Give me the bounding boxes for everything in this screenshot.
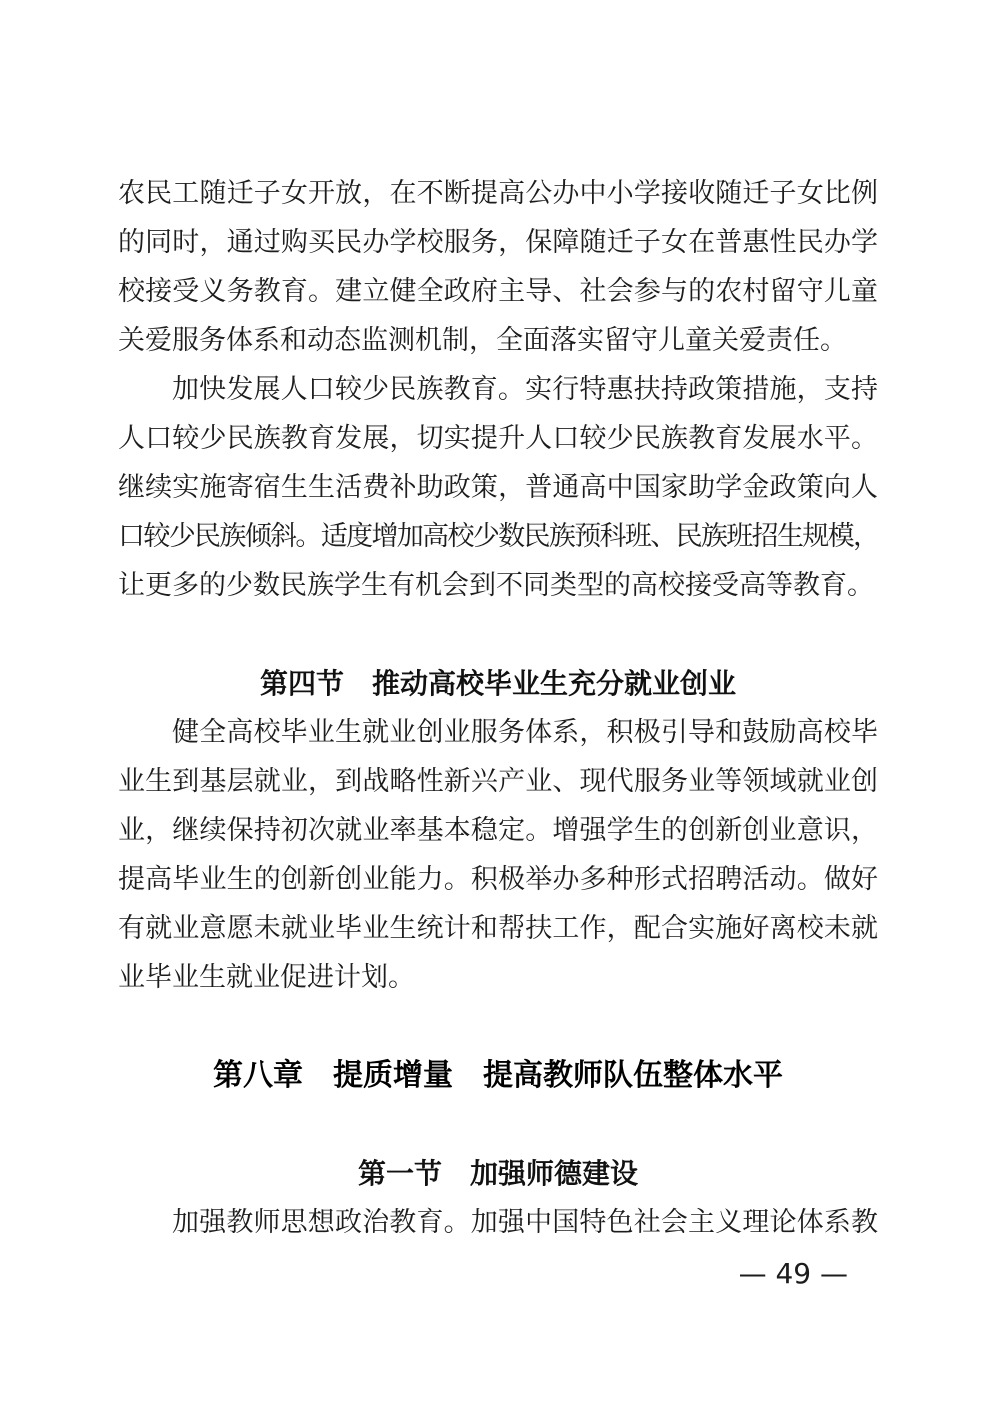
text-line: 农民工随迁子女开放，在不断提高公办中小学接收随迁子女比例 <box>118 169 878 218</box>
text-line: 口较少民族倾斜。适度增加高校少数民族预科班、民族班招生规模， <box>118 512 878 561</box>
text-line: 健全高校毕业生就业创业服务体系，积极引导和鼓励高校毕 <box>118 708 878 757</box>
text-line: 的同时，通过购买民办学校服务，保障随迁子女在普惠性民办学 <box>118 218 878 267</box>
text-line: 关爱服务体系和动态监测机制，全面落实留守儿童关爱责任。 <box>118 316 878 365</box>
text-line: 提高毕业生的创新创业能力。积极举办多种形式招聘活动。做好 <box>118 855 878 904</box>
text-line: 业毕业生就业促进计划。 <box>118 953 878 1002</box>
chapter-heading-8: 第八章 提质增量 提高教师队伍整体水平 <box>118 1051 878 1100</box>
paragraph-teacher-ethics: 加强教师思想政治教育。加强中国特色社会主义理论体系教 <box>118 1198 878 1247</box>
blank-line <box>118 1100 878 1149</box>
section-heading-4: 第四节 推动高校毕业生充分就业创业 <box>118 659 878 708</box>
paragraph-migrant-children: 农民工随迁子女开放，在不断提高公办中小学接收随迁子女比例 的同时，通过购买民办学… <box>118 169 878 365</box>
blank-line <box>118 610 878 659</box>
text-column: 农民工随迁子女开放，在不断提高公办中小学接收随迁子女比例 的同时，通过购买民办学… <box>118 169 878 1247</box>
text-line: 有就业意愿未就业毕业生统计和帮扶工作，配合实施好离校未就 <box>118 904 878 953</box>
text-line: 业，继续保持初次就业率基本稳定。增强学生的创新创业意识， <box>118 806 878 855</box>
text-line: 让更多的少数民族学生有机会到不同类型的高校接受高等教育。 <box>118 561 878 610</box>
text-line: 加强教师思想政治教育。加强中国特色社会主义理论体系教 <box>118 1198 878 1247</box>
text-line: 校接受义务教育。建立健全政府主导、社会参与的农村留守儿童 <box>118 267 878 316</box>
paragraph-minority-education: 加快发展人口较少民族教育。实行特惠扶持政策措施，支持 人口较少民族教育发展，切实… <box>118 365 878 610</box>
document-page: 农民工随迁子女开放，在不断提高公办中小学接收随迁子女比例 的同时，通过购买民办学… <box>0 0 993 1404</box>
text-line: 业生到基层就业，到战略性新兴产业、现代服务业等领域就业创 <box>118 757 878 806</box>
text-line: 加快发展人口较少民族教育。实行特惠扶持政策措施，支持 <box>118 365 878 414</box>
page-number: — 49 — <box>739 1254 848 1294</box>
section-heading-1: 第一节 加强师德建设 <box>118 1149 878 1198</box>
text-line: 继续实施寄宿生生活费补助政策，普通高中国家助学金政策向人 <box>118 463 878 512</box>
text-line: 人口较少民族教育发展，切实提升人口较少民族教育发展水平。 <box>118 414 878 463</box>
paragraph-graduate-employment: 健全高校毕业生就业创业服务体系，积极引导和鼓励高校毕 业生到基层就业，到战略性新… <box>118 708 878 1002</box>
blank-line <box>118 1002 878 1051</box>
